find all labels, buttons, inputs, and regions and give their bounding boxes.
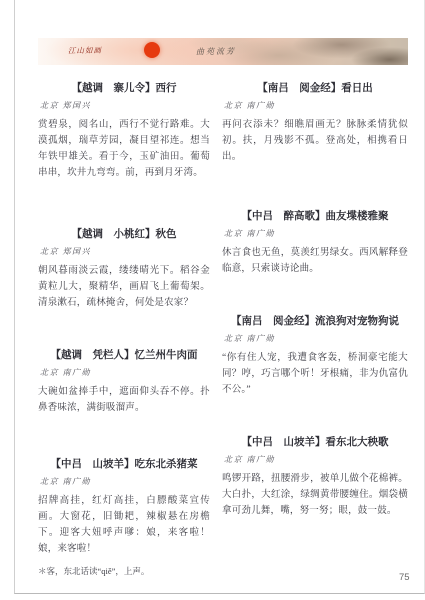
song-block: 【越调 寨儿令】西行 北京 郑国兴 赏碧泉，阅名山，西行不觉行路难。大漠孤烟，瑞… bbox=[38, 80, 210, 181]
pronunciation-footnote: ＊客，东北话读“qiě”，上声。 bbox=[38, 564, 210, 578]
song-title: 【越调 凭栏人】忆兰州牛肉面 bbox=[38, 347, 210, 363]
red-sun-icon bbox=[144, 42, 160, 58]
song-title: 【南吕 阅金经】看日出 bbox=[222, 80, 408, 96]
song-title: 【中吕 山坡羊】看东北大秧歌 bbox=[222, 434, 408, 450]
song-author: 北京 郑国兴 bbox=[40, 246, 210, 258]
song-author: 北京 南广勋 bbox=[224, 100, 408, 112]
song-body: 赏碧泉，阅名山，西行不觉行路难。大漠孤烟，瑞草芳园，凝目望祁连。想当年铁甲雄关。… bbox=[38, 117, 210, 181]
song-title: 【越调 小桃红】秋色 bbox=[38, 226, 210, 242]
song-author: 北京 郑国兴 bbox=[40, 100, 210, 112]
song-block: 【南吕 阅金经】流浪狗对宠物狗说 北京 南广勋 “你有住人宠，我遭食客轰，桥洞豪… bbox=[222, 313, 408, 398]
song-title: 【中吕 醉高歌】曲友堞楼雅聚 bbox=[222, 208, 408, 224]
song-title: 【越调 寨儿令】西行 bbox=[38, 80, 210, 96]
right-text-column: 【南吕 阅金经】看日出 北京 南广勋 再问衣添未？细瞧眉画无？脉脉柔情犹似初。扶… bbox=[222, 80, 408, 519]
song-author: 北京 南广勋 bbox=[224, 228, 408, 240]
song-author: 北京 南广勋 bbox=[40, 367, 210, 379]
song-body: 鸣锣开路，扭腰滑步，被单儿做个花棉裤。大白扑，大红涂，绿绸黄带腰缠住。烟袋横拿可… bbox=[222, 471, 408, 519]
song-body: 再问衣添未？细瞧眉画无？脉脉柔情犹似初。扶，月残影不孤。登高处，相携看日出。 bbox=[222, 117, 408, 165]
song-block: 【南吕 阅金经】看日出 北京 南广勋 再问衣添未？细瞧眉画无？脉脉柔情犹似初。扶… bbox=[222, 80, 408, 165]
song-block: 【中吕 山坡羊】吃东北杀猪菜 北京 南广勋 招牌高挂，红灯高挂，白膘酸菜宣传画。… bbox=[38, 456, 210, 578]
song-block: 【越调 小桃红】秋色 北京 郑国兴 朝风暮雨淡云霞，缕缕晴光下。稻谷金黄粒儿大，… bbox=[38, 226, 210, 311]
song-block: 【中吕 山坡羊】看东北大秧歌 北京 南广勋 鸣锣开路，扭腰滑步，被单儿做个花棉裤… bbox=[222, 434, 408, 519]
banner-left-calligraphy: 江山如画 bbox=[68, 45, 102, 57]
song-title: 【南吕 阅金经】流浪狗对宠物狗说 bbox=[222, 313, 408, 329]
song-body: “你有住人宠，我遭食客轰，桥洞豪宅能大同？哼，巧言哪个听！牙根痛，非为仇富仇不公… bbox=[222, 350, 408, 398]
song-author: 北京 南广勋 bbox=[224, 333, 408, 345]
song-block: 【越调 凭栏人】忆兰州牛肉面 北京 南广勋 大碗如盆捧手中，遮面仰头吞不停。扑鼻… bbox=[38, 347, 210, 416]
song-block: 【中吕 醉高歌】曲友堞楼雅聚 北京 南广勋 休言食也无鱼，莫羡红男绿女。西风解释… bbox=[222, 208, 408, 277]
song-body: 大碗如盆捧手中，遮面仰头吞不停。扑鼻香味浓，满街吸溜声。 bbox=[38, 384, 210, 416]
left-text-column: 【越调 寨儿令】西行 北京 郑国兴 赏碧泉，阅名山，西行不觉行路难。大漠孤烟，瑞… bbox=[38, 80, 210, 578]
book-page: 江山如画 曲苑流芳 【越调 寨儿令】西行 北京 郑国兴 赏碧泉，阅名山，西行不觉… bbox=[0, 0, 425, 600]
song-author: 北京 南广勋 bbox=[40, 476, 210, 488]
song-body: 朝风暮雨淡云霞，缕缕晴光下。稻谷金黄粒儿大，聚精华，画眉飞上葡萄架。清泉漱石，疏… bbox=[38, 263, 210, 311]
banner-center-calligraphy: 曲苑流芳 bbox=[196, 46, 236, 58]
page-number: 75 bbox=[399, 572, 410, 583]
song-body: 休言食也无鱼，莫羡红男绿女。西风解释登临意，只索谈诗论曲。 bbox=[222, 245, 408, 277]
song-author: 北京 南广勋 bbox=[224, 454, 408, 466]
header-ink-painting-banner: 江山如画 曲苑流芳 bbox=[38, 38, 408, 65]
song-title: 【中吕 山坡羊】吃东北杀猪菜 bbox=[38, 456, 210, 472]
song-body: 招牌高挂，红灯高挂，白膘酸菜宣传画。大窗花，旧锄耙，辣椒悬在房檐下。迎客大妞呼声… bbox=[38, 493, 210, 557]
